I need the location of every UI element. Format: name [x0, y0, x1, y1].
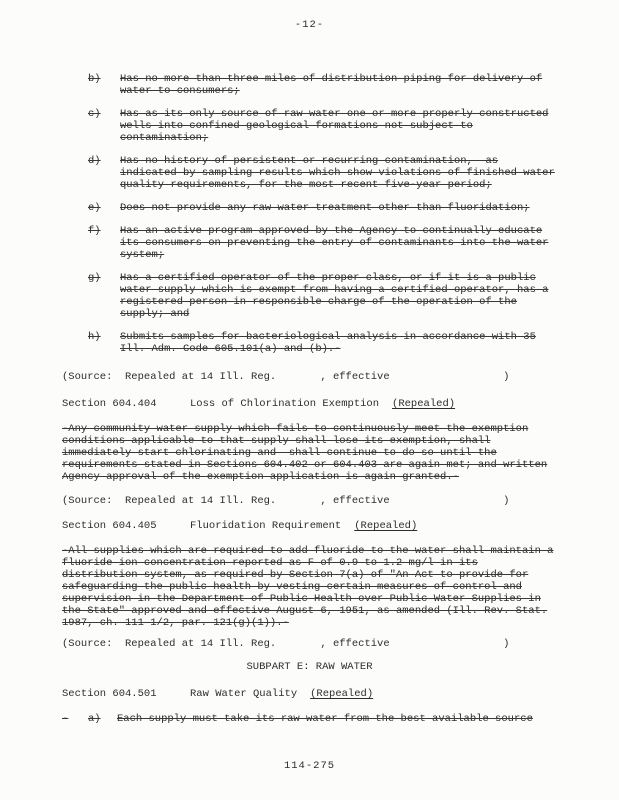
section-status-repealed: (Repealed) [392, 398, 455, 410]
section-604-404-body: -Any community water supply which fails … [62, 423, 595, 483]
section-604-405-body: -All supplies which are required to add … [62, 545, 595, 629]
list-item-d: d) Has no history of persistent or recur… [62, 155, 595, 191]
item-text: Each supply must take its raw water from… [117, 713, 533, 725]
item-letter: b) [88, 73, 120, 97]
list-item-c: c) Has as its only source of raw water o… [62, 108, 595, 144]
item-letter: e) [88, 202, 120, 214]
list-item-e: e) Does not provide any raw water treatm… [62, 202, 595, 214]
section-number: Section 604.405 [62, 520, 190, 532]
item-text: Has as its only source of raw water one … [120, 108, 548, 144]
section-title: Loss of Chlorination Exemption [190, 398, 379, 410]
item-letter: d) [88, 155, 120, 191]
strike-open-dash: - [62, 713, 88, 725]
item-text: Does not provide any raw water treatment… [120, 202, 530, 214]
source-note-3: (Source: Repealed at 14 Ill. Reg. , effe… [62, 638, 595, 650]
item-text: Has no more than three miles of distribu… [120, 73, 542, 97]
section-heading-604-404: Section 604.404Loss of Chlorination Exem… [62, 398, 595, 410]
list-item-g: g) Has a certified operator of the prope… [62, 272, 595, 320]
subpart-e-heading: SUBPART E: RAW WATER [24, 661, 595, 673]
item-letter: a) [88, 713, 117, 725]
source-note-1: (Source: Repealed at 14 Ill. Reg. , effe… [62, 371, 595, 383]
section-heading-604-405: Section 604.405Fluoridation Requirement(… [62, 520, 595, 532]
source-note-2: (Source: Repealed at 14 Ill. Reg. , effe… [62, 495, 595, 507]
section-number: Section 604.404 [62, 398, 190, 410]
item-letter: c) [88, 108, 120, 144]
item-letter: f) [88, 225, 120, 261]
item-text: Submits samples for bacteriological anal… [120, 331, 536, 355]
item-letter: g) [88, 272, 120, 320]
document-page: -12- b) Has no more than three miles of … [0, 0, 619, 800]
section-number: Section 604.501 [62, 688, 190, 700]
item-text: Has an active program approved by the Ag… [120, 225, 548, 261]
list-item-b: b) Has no more than three miles of distr… [62, 73, 595, 97]
section-status-repealed: (Repealed) [354, 520, 417, 532]
section-heading-604-501: Section 604.501Raw Water Quality(Repeale… [62, 688, 595, 700]
item-text: Has a certified operator of the proper c… [120, 272, 548, 320]
item-text: Has no history of persistent or recurrin… [120, 155, 555, 191]
list-item-f: f) Has an active program approved by the… [62, 225, 595, 261]
section-status-repealed: (Repealed) [310, 688, 373, 700]
section-title: Fluoridation Requirement [190, 520, 341, 532]
raw-water-item-a: - a) Each supply must take its raw water… [62, 713, 595, 725]
list-item-h: h) Submits samples for bacteriological a… [62, 331, 595, 355]
footer-page-number: 114-275 [0, 760, 619, 772]
header-page-number: -12- [24, 19, 595, 31]
item-letter: h) [88, 331, 120, 355]
section-title: Raw Water Quality [190, 688, 297, 700]
